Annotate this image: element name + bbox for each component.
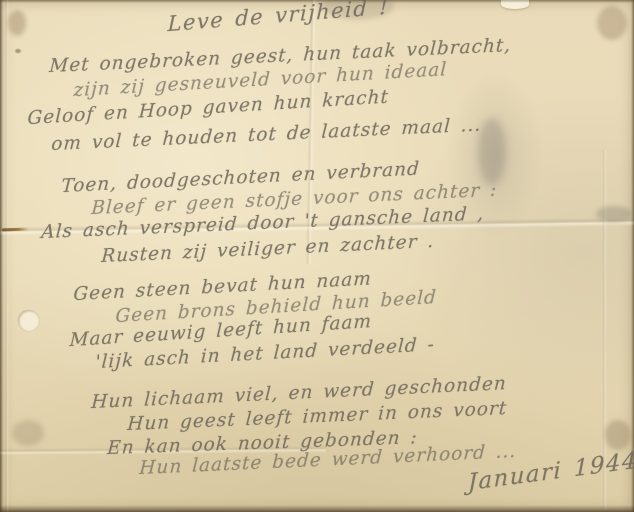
photographed-document: Leve de vrijheid ! Met ongebroken geest,… bbox=[0, 0, 634, 512]
